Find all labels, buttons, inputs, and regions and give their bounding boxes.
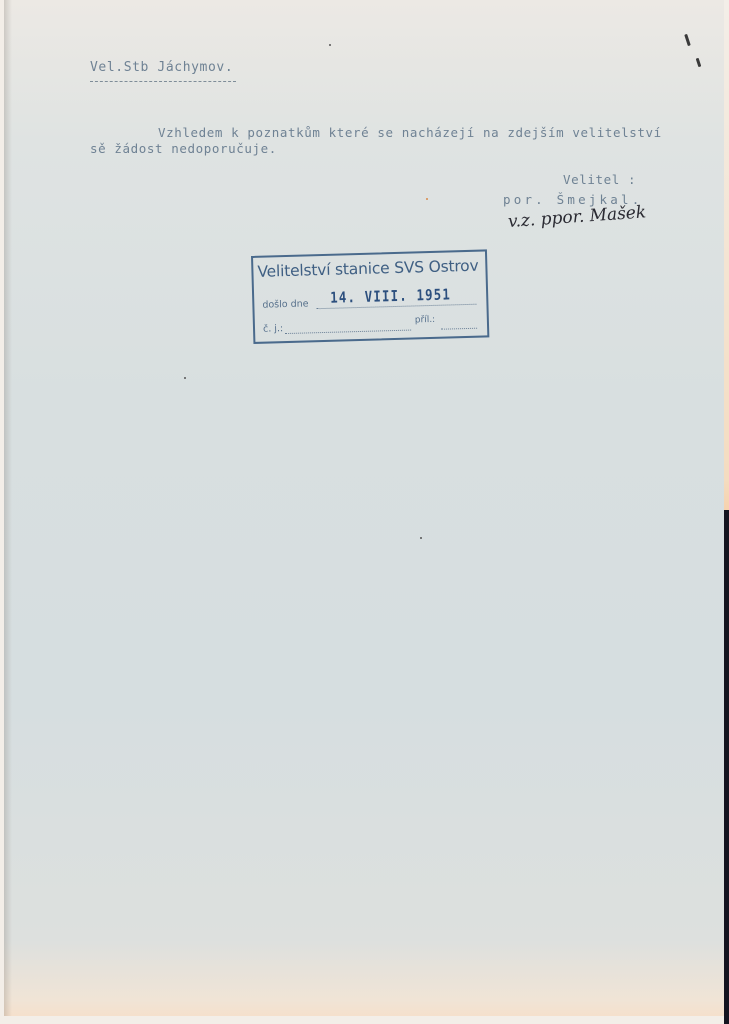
- body-text-line: sě žádost nedoporučuje.: [90, 141, 277, 157]
- body-text-line: Vzhledem k poznatkům které se nacházejí …: [158, 125, 662, 141]
- stamp-reference-label: č. j.:: [263, 323, 283, 335]
- signature-title: Velitel :: [563, 172, 636, 188]
- stamp-title: Velitelství stanice SVS Ostrov: [257, 257, 478, 281]
- addressee: Vel.Stb Jáchymov.: [90, 60, 233, 76]
- scan-dark-border: [724, 510, 729, 1024]
- punch-mark: [696, 58, 702, 67]
- paper-speck: [329, 44, 331, 46]
- paper-speck: [426, 198, 428, 200]
- stamp-attachment-label: příl.:: [415, 315, 436, 326]
- received-stamp: Velitelství stanice SVS Ostrov došlo dne…: [251, 249, 489, 344]
- paper-speck: [184, 377, 186, 379]
- stamp-dotted-line: [285, 330, 411, 335]
- scanned-document: Vel.Stb Jáchymov. Vzhledem k poznatkům k…: [0, 0, 729, 1024]
- punch-mark: [684, 34, 691, 46]
- stamp-dotted-line: [441, 328, 477, 330]
- addressee-underline: [90, 81, 236, 82]
- stamp-received-label: došlo dne: [262, 298, 308, 310]
- paper-speck: [420, 537, 422, 539]
- stamp-received-date: 14. VIII. 1951: [330, 285, 451, 306]
